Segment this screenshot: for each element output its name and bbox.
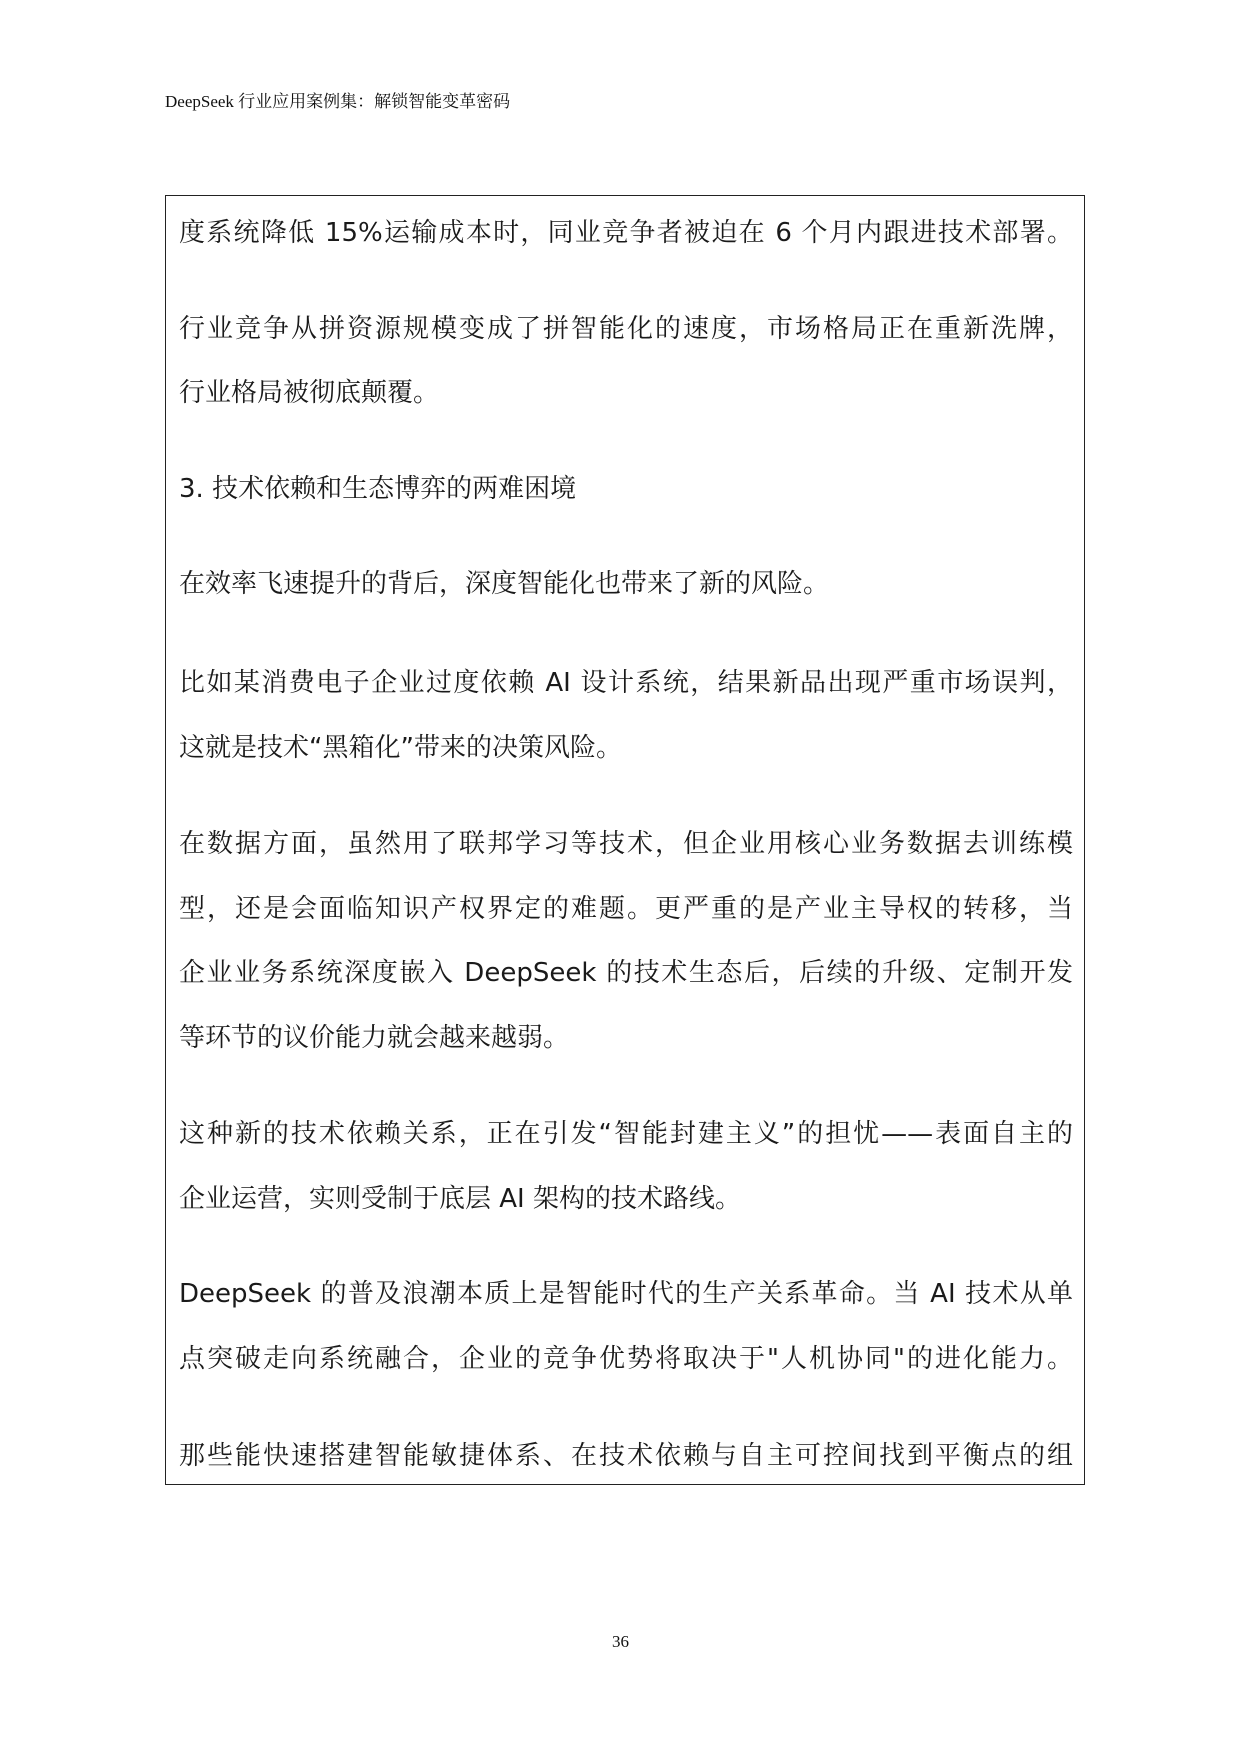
text-line: 比如某消费电子企业过度依赖 AI 设计系统，结果新品出现严重市场误判，: [179, 666, 1073, 700]
text-line: 那些能快速搭建智能敏捷体系、在技术依赖与自主可控间找到平衡点的组: [179, 1439, 1073, 1473]
text-line: 企业业务系统深度嵌入 DeepSeek 的技术生态后，后续的升级、定制开发: [179, 956, 1073, 990]
text-line: 在效率飞速提升的背后，深度智能化也带来了新的风险。: [179, 567, 1073, 601]
text-line: 度系统降低 15%运输成本时，同业竞争者被迫在 6 个月内跟进技术部署。: [179, 216, 1073, 250]
text-line: 在数据方面，虽然用了联邦学习等技术，但企业用核心业务数据去训练模: [179, 827, 1073, 861]
section-heading: 3. 技术依赖和生态博弈的两难困境: [179, 472, 1073, 506]
text-line: 等环节的议价能力就会越来越弱。: [179, 1021, 1073, 1055]
text-line: DeepSeek 的普及浪潮本质上是智能时代的生产关系革命。当 AI 技术从单: [179, 1277, 1073, 1311]
text-line: 行业格局被彻底颠覆。: [179, 376, 1073, 410]
page-number: 36: [0, 1630, 1241, 1654]
content-box: 度系统降低 15%运输成本时，同业竞争者被迫在 6 个月内跟进技术部署。 行业竞…: [165, 195, 1085, 1485]
text-line: 型，还是会面临知识产权界定的难题。更严重的是产业主导权的转移，当: [179, 892, 1073, 926]
text-line: 企业运营，实则受制于底层 AI 架构的技术路线。: [179, 1182, 1073, 1216]
running-header: DeepSeek 行业应用案例集：解锁智能变革密码: [165, 90, 510, 114]
text-line: 行业竞争从拼资源规模变成了拼智能化的速度，市场格局正在重新洗牌，: [179, 312, 1073, 346]
text-line: 点突破走向系统融合，企业的竞争优势将取决于"人机协同"的进化能力。: [179, 1342, 1073, 1376]
text-line: 这种新的技术依赖关系，正在引发“智能封建主义”的担忧——表面自主的: [179, 1117, 1073, 1151]
text-line: 这就是技术“黑箱化”带来的决策风险。: [179, 731, 1073, 765]
